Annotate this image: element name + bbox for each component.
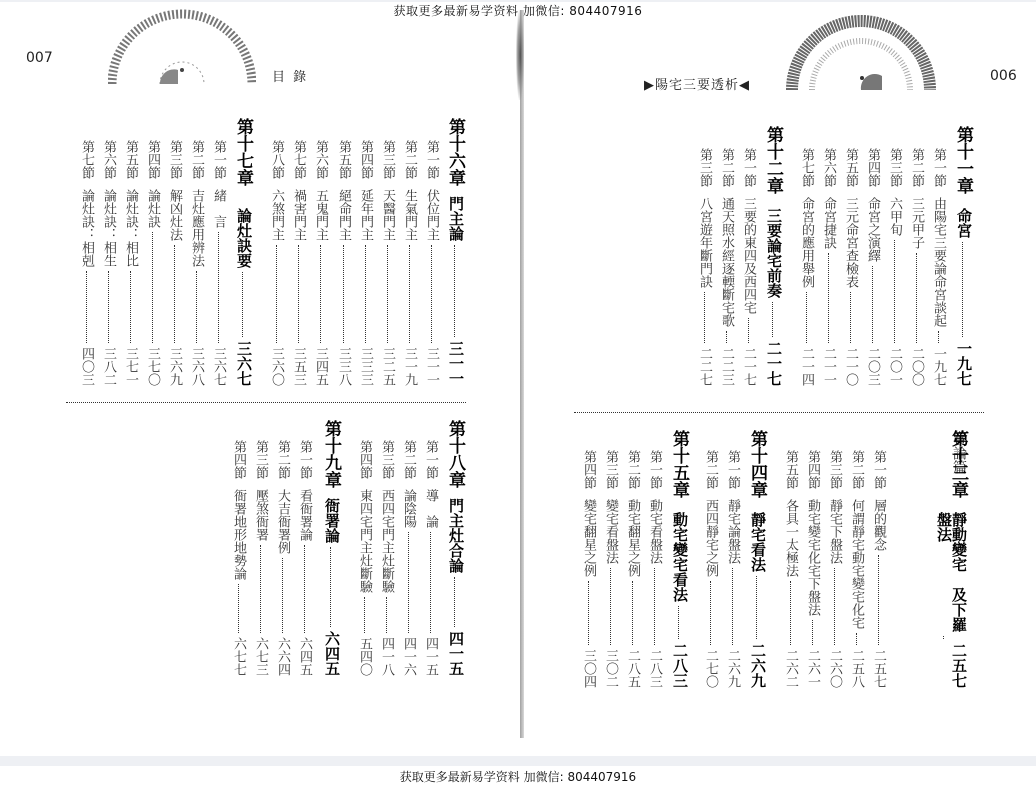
leader-dots [790, 581, 791, 645]
toc-section[interactable]: 第二節論陰陽四一六 [402, 440, 415, 676]
toc-chapter-19[interactable]: 第十九章衙署論六四五 [322, 420, 339, 676]
leader-dots [276, 245, 277, 343]
leader-dots [878, 555, 879, 645]
toc-section[interactable]: 第三節六甲旬二〇一 [888, 148, 901, 386]
leader-dots [343, 245, 344, 343]
toc-section[interactable]: 第四節命宮之演繹二〇三 [866, 148, 879, 386]
leader-dots [152, 232, 153, 343]
toc-section[interactable]: 第五節各具一太極法二六二 [784, 450, 797, 688]
leader-dots [756, 576, 757, 639]
toc-section[interactable]: 第一節動宅看盤法二八三 [648, 450, 661, 688]
leader-dots [238, 584, 239, 633]
toc-chapter-11[interactable]: 第十一章命宮一九七 [954, 126, 971, 386]
toc-section[interactable]: 第六節論灶訣：相生三八二 [102, 140, 115, 386]
toc-section[interactable]: 第六節五鬼門主三四五 [314, 140, 327, 386]
toc-section[interactable]: 第三節天醫門主三二五 [381, 140, 394, 386]
toc-section[interactable]: 第七節論灶訣：相剋四〇三 [80, 140, 93, 386]
right-page-number: 006 [990, 68, 1017, 84]
toc-section[interactable]: 第四節延年門主三三三 [359, 140, 372, 386]
leader-dots [387, 245, 388, 343]
toc-section[interactable]: 第三節解凶灶法三六九 [168, 140, 181, 386]
toc-section[interactable]: 第三節壓煞衙署六七三 [254, 440, 267, 676]
left-page-header: 目 錄 [272, 66, 308, 85]
taiji-emblem-icon [786, 14, 936, 90]
toc-section[interactable]: 第七節命宮的應用舉例二一四 [800, 148, 813, 386]
toc-section[interactable]: 第五節論灶訣：相比三七一 [124, 140, 137, 386]
leader-dots [218, 232, 219, 343]
toc-section[interactable]: 第六節命宮捷訣二一一 [822, 148, 835, 386]
toc-section[interactable]: 第一節伏位門主三一一 [425, 140, 438, 386]
leader-dots [330, 547, 331, 627]
left-page-number: 007 [26, 50, 53, 66]
leader-dots [710, 581, 711, 645]
leader-dots [408, 532, 409, 633]
toc-section[interactable]: 第五節三元命宮查檢表二一〇 [844, 148, 857, 386]
toc-section[interactable]: 第三節西四宅門主灶斷驗四一八 [380, 440, 393, 676]
taiji-emblem-icon [108, 8, 256, 84]
leader-dots [454, 577, 455, 627]
toc-section[interactable]: 第四節東四宅門主灶斷驗五四〇 [358, 440, 371, 676]
toc-section[interactable]: 第四節變宅翻星之例三〇四 [582, 450, 595, 688]
toc-section[interactable]: 第二節吉灶應用辨法三六八 [190, 140, 203, 386]
toc-section[interactable]: 第二節三元甲子二〇〇 [910, 148, 923, 386]
toc-section[interactable]: 第三節八宮遊年斷門訣二二七 [698, 148, 711, 386]
leader-dots [454, 245, 455, 337]
book-spine-shadow [516, 10, 524, 100]
toc-section[interactable]: 第三節靜宅下盤法二六〇 [828, 450, 841, 688]
leader-dots [320, 245, 321, 343]
bottom-band [0, 756, 1036, 766]
toc-section[interactable]: 第二節大吉衙署例六六四 [276, 440, 289, 676]
toc-section[interactable]: 第二節生氣門主三一九 [403, 140, 416, 386]
leader-dots [828, 253, 829, 343]
leader-dots [298, 245, 299, 343]
toc-section[interactable]: 第七節禍害門主三五三 [292, 140, 305, 386]
leader-dots [872, 266, 873, 343]
toc-chapter-18[interactable]: 第十八章門主灶合論四一五 [446, 420, 463, 676]
toc-chapter-14[interactable]: 第十四章靜宅看法二六九 [748, 430, 765, 688]
leader-dots [938, 331, 939, 343]
toc-section[interactable]: 第二節動宅翻星之例二八五 [626, 450, 639, 688]
leader-dots [632, 581, 633, 645]
leader-dots [196, 271, 197, 343]
right-divider [574, 412, 984, 413]
leader-dots [748, 318, 749, 343]
leader-dots [242, 272, 243, 337]
toc-chapter-13[interactable]: 第十三章靜動變宅 及下羅盤法二五七 [920, 430, 966, 688]
toc-chapter-12[interactable]: 第十二章三要論宅前奏二一七 [764, 126, 781, 386]
toc-chapter-15[interactable]: 第十五章動宅變宅看法二八三 [670, 430, 687, 688]
watermark-bottom: 获取更多最新易学资料 加微信: 804407916 [0, 768, 1036, 785]
leader-dots [962, 242, 963, 337]
leader-dots [943, 636, 944, 639]
toc-section[interactable]: 第四節衙署地形地勢論六七七 [232, 440, 245, 676]
leader-dots [856, 633, 857, 645]
leader-dots [732, 568, 733, 645]
leader-dots [704, 292, 705, 343]
leader-dots [304, 545, 305, 633]
toc-section[interactable]: 第五節絕命門主三三八 [337, 140, 350, 386]
leader-dots [812, 620, 813, 645]
leader-dots [409, 245, 410, 343]
toc-section[interactable]: 第一節層的觀念二五七 [872, 450, 885, 688]
toc-section[interactable]: 第二節通天照水經逐輭斷宅歌二二三 [720, 148, 733, 386]
leader-dots [386, 597, 387, 633]
toc-section[interactable]: 第一節看衙署論六四五 [298, 440, 311, 676]
leader-dots [430, 532, 431, 633]
toc-section[interactable]: 第三節變宅看盤法三〇二 [604, 450, 617, 688]
toc-section[interactable]: 第二節西四靜宅之例二七〇 [704, 450, 717, 688]
leader-dots [916, 253, 917, 343]
leader-dots [610, 568, 611, 645]
toc-chapter-17[interactable]: 第十七章論灶訣要三六七 [234, 118, 251, 386]
book-spine [520, 10, 524, 738]
toc-chapter-16[interactable]: 第十六章門主論三一一 [446, 118, 463, 386]
leader-dots [654, 568, 655, 645]
leader-dots [364, 597, 365, 633]
leader-dots [678, 606, 679, 639]
toc-section[interactable]: 第一節導 論四一五 [424, 440, 437, 676]
toc-section[interactable]: 第一節靜宅論盤法二六九 [726, 450, 739, 688]
leader-dots [772, 302, 773, 337]
right-page-header: ▶陽宅三要透析◀ [644, 74, 750, 93]
leader-dots [588, 581, 589, 645]
leader-dots [431, 245, 432, 343]
toc-section[interactable]: 第一節三要的東四及西四宅二一七 [742, 148, 755, 386]
leader-dots [86, 271, 87, 343]
leader-dots [174, 245, 175, 343]
leader-dots [130, 271, 131, 343]
left-divider [66, 402, 466, 403]
leader-dots [850, 292, 851, 343]
toc-section[interactable]: 第四節動宅變宅化宅下盤法二六一 [806, 450, 819, 688]
leader-dots [834, 568, 835, 645]
leader-dots [365, 245, 366, 343]
toc-section[interactable]: 第一節由陽宅三要論命宮談起一九七 [932, 148, 945, 386]
toc-section[interactable]: 第四節論灶訣三七〇 [146, 140, 159, 386]
leader-dots [726, 331, 727, 343]
leader-dots [260, 545, 261, 633]
leader-dots [282, 558, 283, 633]
leader-dots [894, 240, 895, 343]
leader-dots [806, 292, 807, 343]
toc-section[interactable]: 第一節緒 言三六七 [212, 140, 225, 386]
toc-section[interactable]: 第二節何謂靜宅動宅變宅化宅二五八 [850, 450, 863, 688]
toc-section[interactable]: 第八節六煞門主三六〇 [270, 140, 283, 386]
leader-dots [108, 271, 109, 343]
